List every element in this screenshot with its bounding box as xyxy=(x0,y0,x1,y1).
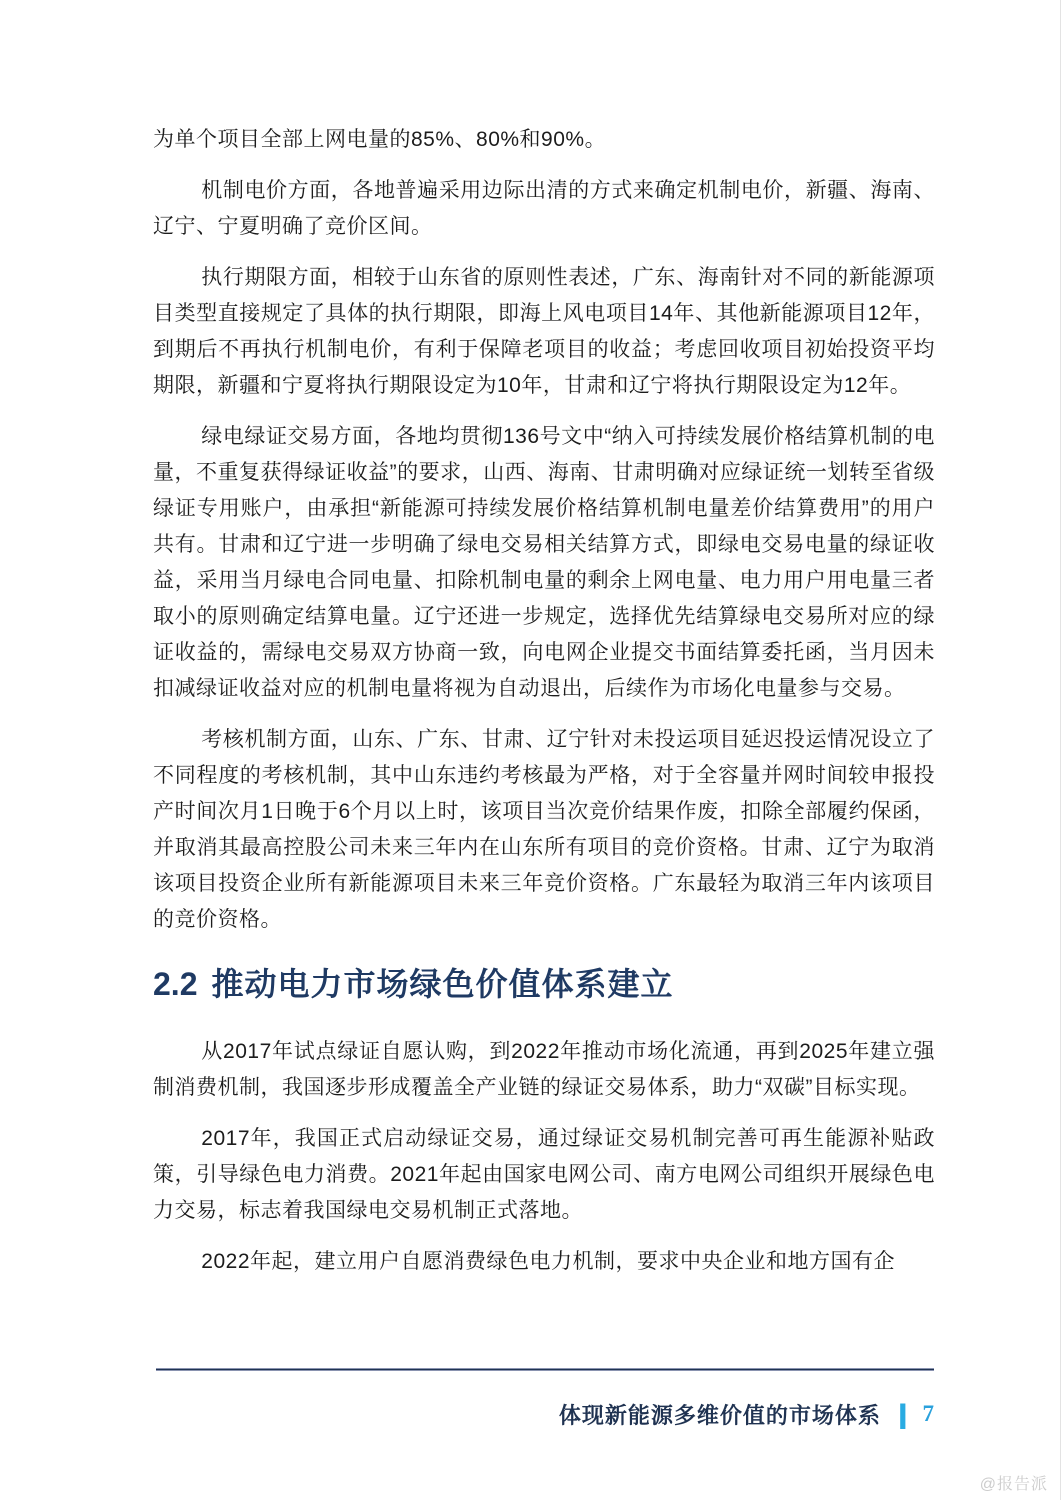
body-paragraph: 从2017年试点绿证自愿认购，到2022年推动市场化流通，再到2025年建立强制… xyxy=(153,1034,935,1106)
page-footer: 体现新能源多维价值的市场体系 | 7 xyxy=(559,1398,934,1430)
body-paragraph: 机制电价方面，各地普遍采用边际出清的方式来确定机制电价，新疆、海南、辽宁、宁夏明… xyxy=(153,173,935,245)
section-title: 推动电力市场绿色价值体系建立 xyxy=(211,966,673,1002)
body-paragraph: 执行期限方面，相较于山东省的原则性表述，广东、海南针对不同的新能源项目类型直接规… xyxy=(153,260,935,404)
body-paragraph: 绿电绿证交易方面，各地均贯彻136号文中“纳入可持续发展价格结算机制的电量，不重… xyxy=(153,419,935,707)
page-number: 7 xyxy=(923,1401,935,1427)
body-paragraph: 2022年起，建立用户自愿消费绿色电力机制，要求中央企业和地方国有企 xyxy=(153,1244,935,1280)
watermark: @报告派 xyxy=(980,1471,1048,1494)
body-paragraph: 考核机制方面，山东、广东、甘肃、辽宁针对未投运项目延迟投运情况设立了不同程度的考… xyxy=(153,722,935,938)
section-heading: 2.2推动电力市场绿色价值体系建立 xyxy=(153,964,935,1004)
body-paragraph: 2017年，我国正式启动绿证交易，通过绿证交易机制完善可再生能源补贴政策，引导绿… xyxy=(153,1121,935,1229)
footer-section-title: 体现新能源多维价值的市场体系 xyxy=(559,1399,881,1430)
document-page: 为单个项目全部上网电量的85%、80%和90%。 机制电价方面，各地普遍采用边际… xyxy=(0,0,1061,1500)
footer-divider xyxy=(156,1368,934,1371)
body-paragraph: 为单个项目全部上网电量的85%、80%和90%。 xyxy=(153,122,935,158)
footer-separator: | xyxy=(897,1401,908,1428)
section-number: 2.2 xyxy=(153,966,197,1002)
page-content: 为单个项目全部上网电量的85%、80%和90%。 机制电价方面，各地普遍采用边际… xyxy=(153,122,935,1295)
